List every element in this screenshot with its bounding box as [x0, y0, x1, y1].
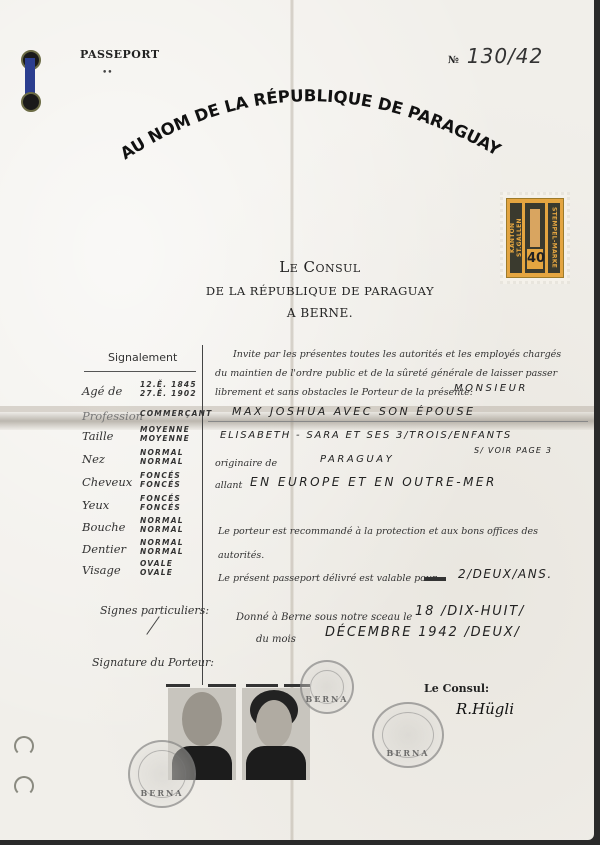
signes-particuliers-value: [146, 616, 159, 635]
originaire-label: originaire de: [215, 458, 277, 469]
arc-title: AU NOM DE LA RÉPUBLIQUE DE PARAGUAY.: [100, 60, 520, 170]
invite-line-3: librement et sans obstacles le Porteur d…: [215, 387, 473, 398]
punch-hole-icon: [14, 736, 34, 756]
column-divider: [202, 345, 203, 685]
signalement-row-dentier: Dentier NORMAL NORMAL: [82, 538, 202, 560]
row-value: 12.Ĕ. 1845: [140, 380, 197, 389]
passport-page: PASSEPORT •• № 130/42 AU NOM DE LA RÉPUB…: [0, 0, 594, 840]
signature-porteur-label: Signature du Porteur:: [92, 656, 214, 669]
row-label: Bouche: [82, 520, 125, 534]
row-value: COMMERÇANT: [140, 409, 212, 418]
photo-wife: [242, 688, 310, 780]
row-value: MOYENNE: [140, 425, 190, 434]
row-value: 27.Ĕ. 1902: [140, 389, 197, 398]
seal-text: BERNA: [374, 748, 442, 758]
signalement-row-age: Agé de 12.Ĕ. 1845 27.Ĕ. 1902: [82, 380, 202, 402]
eyelet-icon: [21, 92, 41, 112]
bearer-line-2: ELISABETH - SARA ET SES 3/TROIS/ENFANTS: [220, 430, 512, 441]
donne-label: Donné à Berne sous notre sceau le: [236, 612, 412, 623]
signalement-row-visage: Visage OVALE OVALE: [82, 559, 202, 581]
embossed-seal-icon: BERNA: [372, 702, 444, 768]
row-value: NORMAL: [140, 457, 184, 466]
allant-label: allant: [215, 480, 242, 491]
svg-text:AU NOM DE LA RÉPUBLIQUE DE PAR: AU NOM DE LA RÉPUBLIQUE DE PARAGUAY.: [100, 60, 505, 163]
signalement-title: Signalement: [108, 351, 177, 364]
consul-signature-label: Le Consul:: [424, 682, 489, 695]
row-value: NORMAL: [140, 538, 184, 547]
row-value: FONCÉS: [140, 503, 181, 512]
signalement-row-taille: Taille MOYENNE MOYENNE: [82, 425, 202, 447]
bearer-title: MONSIEUR: [454, 383, 528, 394]
row-value: NORMAL: [140, 547, 184, 556]
consul-city: A BERNE.: [20, 306, 594, 320]
binding-ribbon: [25, 58, 35, 96]
signalement-row-nez: Nez NORMAL NORMAL: [82, 448, 202, 470]
row-value: NORMAL: [140, 448, 184, 457]
photo-border: [246, 684, 278, 687]
consul-heading: Le Consul: [20, 258, 594, 276]
signalement-rule: [84, 371, 196, 372]
photo-border: [166, 684, 190, 687]
embossed-seal-icon: BERNA: [128, 740, 196, 808]
row-label: Visage: [82, 563, 121, 577]
recommande-line-2: autorités.: [218, 550, 264, 561]
stamp-emblem-icon: [530, 209, 540, 247]
struck-out-text: [424, 577, 446, 581]
punch-hole-icon: [14, 776, 34, 796]
consul-republic: DE LA RÉPUBLIQUE DE PARAGUAY: [20, 284, 594, 298]
allant-value: EN EUROPE ET EN OUTRE-MER: [250, 475, 497, 489]
signalement-row-yeux: Yeux FONCÉS FONCÉS: [82, 494, 202, 516]
bearer-note: S/ VOIR PAGE 3: [474, 446, 552, 455]
bearer-name: MAX JOSHUA AVEC SON ÉPOUSE: [232, 405, 476, 418]
row-label: Nez: [82, 452, 105, 466]
recommande-line-1: Le porteur est recommandé à la protectio…: [218, 526, 538, 537]
invite-line-1: Invite par les présentes toutes les auto…: [233, 349, 561, 360]
row-label: Agé de: [82, 384, 122, 398]
validite-label: Le présent passeport délivré est valable…: [218, 573, 437, 584]
row-value: NORMAL: [140, 525, 184, 534]
row-label: Taille: [82, 429, 113, 443]
row-label: Yeux: [82, 498, 109, 512]
mois-value: DÉCEMBRE 1942 /DEUX/: [325, 625, 521, 640]
row-value: FONCÉS: [140, 494, 181, 503]
originaire-value: PARAGUAY: [320, 454, 394, 465]
embossed-seal-icon: BERNA: [300, 660, 354, 714]
row-value: OVALE: [140, 559, 173, 568]
mois-label: du mois: [256, 634, 296, 645]
row-value: FONCÉS: [140, 480, 181, 489]
consul-signature: R.Hügli: [456, 700, 514, 718]
seal-text: BERNA: [130, 788, 194, 798]
face: [182, 692, 222, 746]
seal-text: BERNA: [302, 694, 352, 704]
row-value: MOYENNE: [140, 434, 190, 443]
photo-border: [208, 684, 236, 687]
arc-title-text: AU NOM DE LA RÉPUBLIQUE DE PARAGUAY.: [100, 60, 505, 163]
coat: [246, 746, 306, 780]
signalement-row-profession: Profession COMMERÇANT: [82, 405, 202, 427]
row-label: Dentier: [82, 542, 126, 556]
signes-particuliers-label: Signes particuliers:: [100, 604, 209, 617]
invite-line-2: du maintien de l'ordre public et de la s…: [215, 368, 557, 379]
face: [256, 700, 292, 748]
fill-line: [208, 421, 588, 422]
signalement-row-cheveux: Cheveux FONCÉS FONCÉS: [82, 471, 202, 493]
row-value: OVALE: [140, 568, 173, 577]
row-value: FONCÉS: [140, 471, 181, 480]
signalement-row-bouche: Bouche NORMAL NORMAL: [82, 516, 202, 538]
row-value: NORMAL: [140, 516, 184, 525]
donne-day: 18 /DIX-HUIT/: [415, 604, 525, 619]
row-label: Cheveux: [82, 475, 132, 489]
validite-value: 2/DEUX/ANS.: [458, 567, 553, 581]
row-label: Profession: [82, 409, 143, 423]
